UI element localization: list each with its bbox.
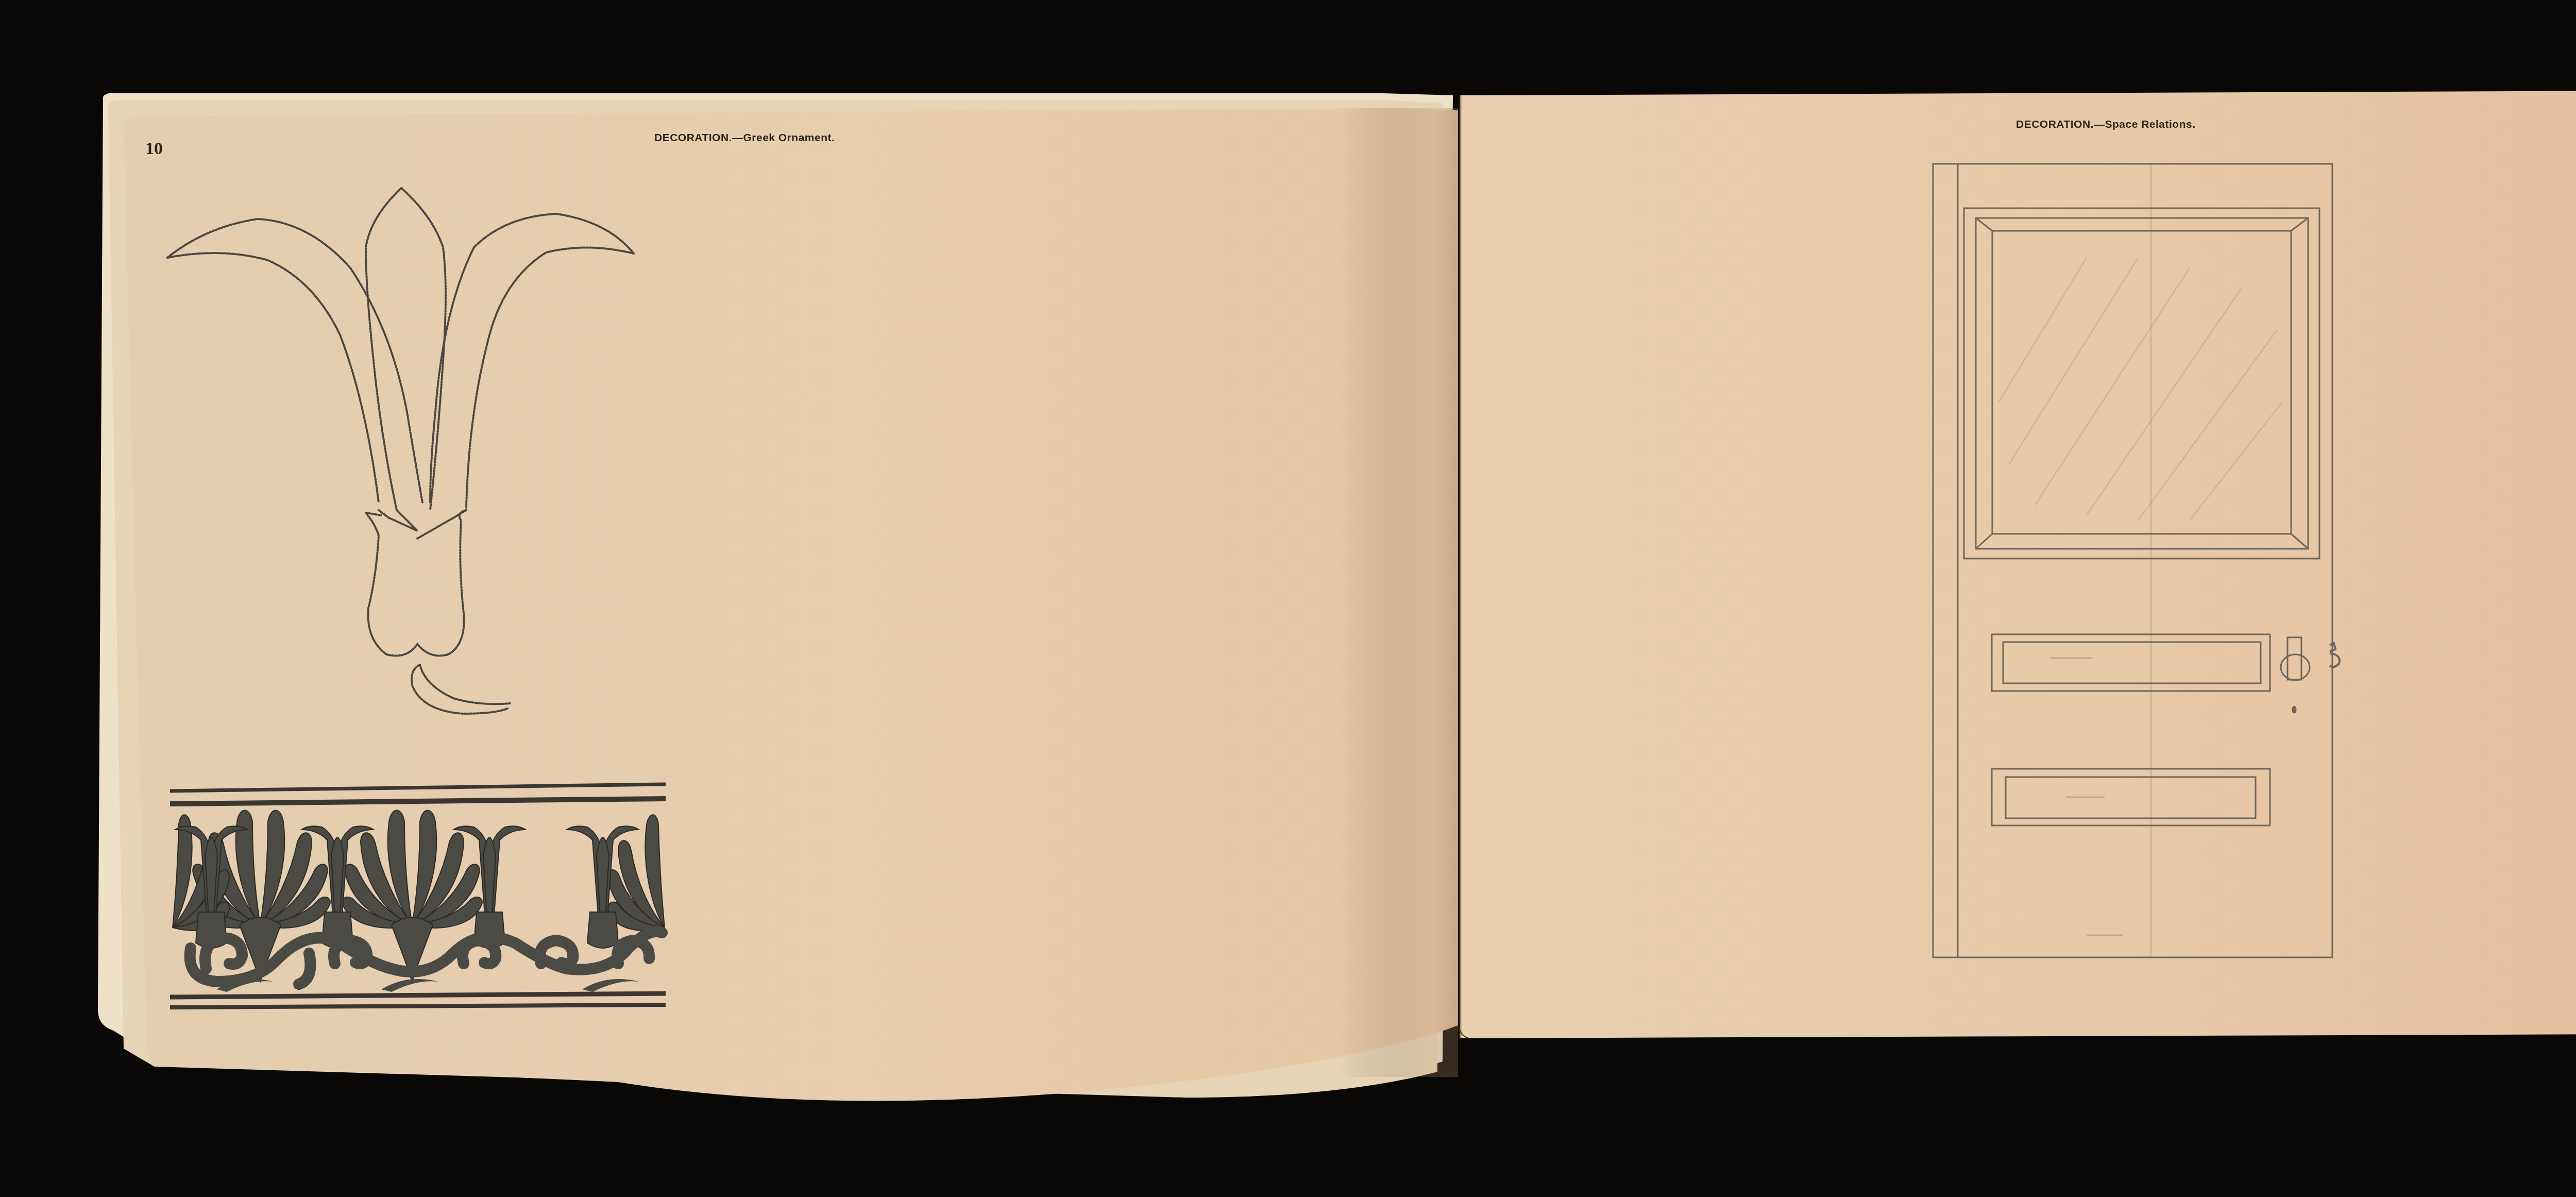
right-page-header: DECORATION.—Space Relations.	[2016, 119, 2196, 131]
header-title: DECORATION.	[654, 132, 732, 144]
book-spread-graphic	[0, 0, 2576, 1197]
left-page-header: DECORATION.—Greek Ornament.	[654, 132, 835, 144]
left-gutter-shadow	[1340, 108, 1458, 1077]
page-number-left: 10	[145, 139, 163, 159]
header-subtitle: Space Relations.	[2105, 119, 2195, 130]
header-dash: —	[732, 132, 743, 144]
right-page-surface	[1461, 90, 2576, 1038]
book-spread: 10 DECORATION.—Greek Ornament. DECORATIO…	[0, 0, 2576, 1197]
header-title: DECORATION.	[2016, 119, 2094, 130]
left-page-surface	[124, 108, 1458, 1101]
header-dash: —	[2094, 119, 2105, 130]
header-subtitle: Greek Ornament.	[743, 132, 835, 144]
